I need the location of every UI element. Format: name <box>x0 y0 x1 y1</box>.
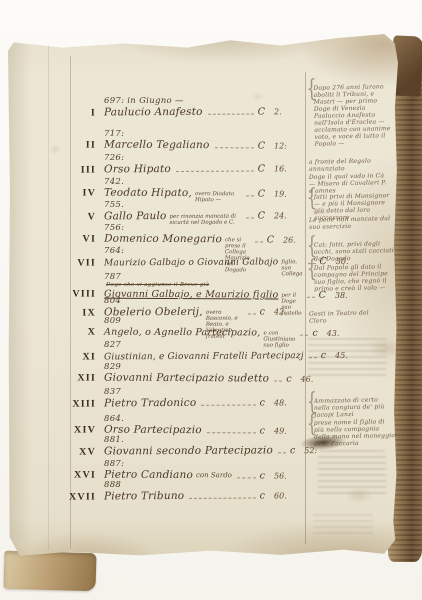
doge-name: Giovanni secondo Partecipazio <box>104 445 273 457</box>
folio-number: 45. <box>335 351 361 360</box>
doge-name: Paulucio Anafesto <box>104 107 203 119</box>
folio-number: 43. <box>327 329 353 338</box>
dashed-leader <box>207 432 256 433</box>
dashed-leader <box>278 452 286 453</box>
folio-number: 46. <box>301 375 327 384</box>
verso-show-through <box>318 450 386 498</box>
doge-name: Pietro Tribuno <box>104 491 184 502</box>
doge-entry: 881. XVGiovanni secondo Partecipazioc52: <box>46 436 300 457</box>
struck-through-note: Doge che vi aggiunse il Breve già <box>106 282 300 288</box>
leader-terminator: c <box>260 397 265 408</box>
entry-year: 888 <box>104 481 300 490</box>
entry-numeral: VI <box>46 233 104 244</box>
entry-year: 787 <box>104 273 300 282</box>
leader-terminator: c <box>312 328 317 339</box>
doge-name: Orso Hipato <box>104 164 171 175</box>
doge-entry: 717: IIMarcello TegalianoC12: <box>46 130 300 151</box>
doge-name: Marcello Tegaliano <box>104 140 210 152</box>
margin-note: prese nome il figlio di più nella compag… <box>309 418 397 448</box>
margin-note: Le pene non mancate dal suo esercizio <box>309 215 391 231</box>
leader-terminator: c <box>286 374 291 385</box>
entry-year: 726: <box>104 154 300 163</box>
folio-number: 26. <box>283 236 309 245</box>
dashed-leader <box>208 114 254 115</box>
doge-name: Domenico Monegario <box>104 234 222 246</box>
entry-numeral: VII <box>46 257 104 268</box>
entry-year: 827 <box>104 341 300 350</box>
leader-terminator: C <box>258 106 265 117</box>
folio-number: 56. <box>274 472 300 481</box>
doge-name: Gallo Paulo <box>104 211 167 222</box>
margin-note: a fronte del Regalo annunziato <box>309 157 391 173</box>
doge-entry: 888 XVIIPietro Tribunoc60. <box>46 481 300 502</box>
folio-number: 60. <box>274 491 300 500</box>
doge-name: Giustinian, e Giovanni Fratelli Partecip… <box>104 351 304 363</box>
entry-numeral: XI <box>46 351 104 362</box>
dashed-leader <box>246 218 254 219</box>
doge-entry: 887: XVIPietro Candianocon Sardoc56. <box>46 460 300 481</box>
doge-entry: 829 XIIGiovanni Partecipazio sudettoc46. <box>46 363 300 384</box>
leader-terminator: C <box>258 140 265 151</box>
dashed-leader <box>201 404 255 405</box>
interlinear-note: con Sardo <box>196 472 232 478</box>
margin-note: Dopo 276 anni furono aboliti li Tribuni,… <box>308 83 396 148</box>
dashed-leader <box>274 381 282 382</box>
entry-year: 809 <box>104 317 300 326</box>
entry-numeral: III <box>46 164 104 175</box>
leader-terminator: c <box>321 350 326 361</box>
entry-year: 837 <box>104 388 300 397</box>
entry-numeral: XII <box>46 372 104 383</box>
doge-entry: 697: in Giugno — IPaulucio AnafestoC2. <box>46 97 300 118</box>
margin-note: Ammazzato di certo nella congiura de' pi… <box>309 396 396 419</box>
dashed-leader <box>237 477 256 478</box>
doge-name: Maurizio Galbajo o Giovanni Galbajo <box>104 257 278 269</box>
manuscript-page: 697: in Giugno — IPaulucio AnafestoC2. 7… <box>8 34 398 558</box>
dashed-leader <box>248 313 256 314</box>
leader-terminator: c <box>260 425 265 436</box>
dashed-leader <box>189 497 255 498</box>
entry-numeral: IV <box>46 187 104 198</box>
margin-note: Cat: fatti, privi degli occhi, sono stat… <box>309 240 396 263</box>
leader-terminator: c <box>260 306 265 317</box>
doge-entry: 864. XIVOrso Partecipazioc49. <box>46 415 300 436</box>
leader-terminator: C <box>258 163 265 174</box>
entry-numeral: X <box>46 326 104 337</box>
doge-entry: 726: IIIOrso HipatoC16. <box>46 154 300 175</box>
leader-terminator: C <box>267 234 274 245</box>
verso-show-through <box>313 512 373 538</box>
entry-numeral: XV <box>46 446 104 457</box>
dashed-leader <box>255 241 263 242</box>
entry-year: 755. <box>104 201 300 210</box>
entry-numeral: I <box>46 107 104 118</box>
entry-numeral: V <box>46 211 104 222</box>
folio-number: 49. <box>274 427 300 436</box>
entry-numeral: XVII <box>46 491 104 502</box>
entry-year: 756: <box>104 224 300 233</box>
margin-note: Gesti in Teatro del Clero <box>309 309 379 324</box>
entry-year: 864. <box>104 415 300 424</box>
leader-terminator: c <box>260 470 265 481</box>
doge-name: Angelo, o Agnello Partecipazio, <box>104 327 260 339</box>
leader-terminator: c <box>260 490 265 501</box>
dashed-leader <box>300 335 308 336</box>
leader-terminator: C <box>258 210 265 221</box>
doge-entry: 827 XIGiustinian, e Giovanni Fratelli Pa… <box>46 341 300 363</box>
entry-numeral: II <box>46 139 104 150</box>
entry-year: 764: <box>104 247 300 256</box>
entry-year: 887: <box>104 460 300 469</box>
entry-year: 829 <box>104 363 300 372</box>
doge-name: Teodato Hipato, <box>104 188 192 199</box>
cover-board-corner <box>3 551 96 592</box>
folio-number: 24. <box>274 211 300 220</box>
dashed-leader <box>176 171 254 172</box>
doge-name: Pietro Tradonico <box>104 398 196 410</box>
entry-year: 697: in Giugno — <box>104 97 300 106</box>
photograph-of-manuscript: 697: in Giugno — IPaulucio AnafestoC2. 7… <box>0 0 422 600</box>
entry-year: 742. <box>104 178 300 187</box>
entry-year: 717: <box>104 130 300 139</box>
doge-entry: 837 XIIIPietro Tradonicoc48. <box>46 388 300 409</box>
right-margin-rule <box>305 72 306 544</box>
leader-terminator: C <box>258 188 265 199</box>
folio-number: 2. <box>274 107 300 116</box>
leader-terminator: c <box>290 445 295 456</box>
entry-numeral: XIII <box>46 398 104 409</box>
dashed-leader <box>309 357 317 358</box>
entry-numeral: XIV <box>46 424 104 435</box>
dashed-leader <box>215 147 254 148</box>
folio-number: 16. <box>274 164 300 173</box>
entry-numeral: XVI <box>46 469 104 480</box>
dashed-leader <box>307 297 315 298</box>
folio-number: 42. <box>274 307 300 316</box>
folio-number: 19. <box>274 190 300 199</box>
folio-number: 12: <box>274 142 300 151</box>
folio-number: 48. <box>274 398 300 407</box>
margin-note: Dal Popolo gli dato il compagno del Prin… <box>309 263 397 293</box>
dashed-leader <box>246 195 254 196</box>
entry-year: 804 <box>104 297 300 306</box>
doge-name: Giovanni Partecipazio sudetto <box>104 373 269 385</box>
